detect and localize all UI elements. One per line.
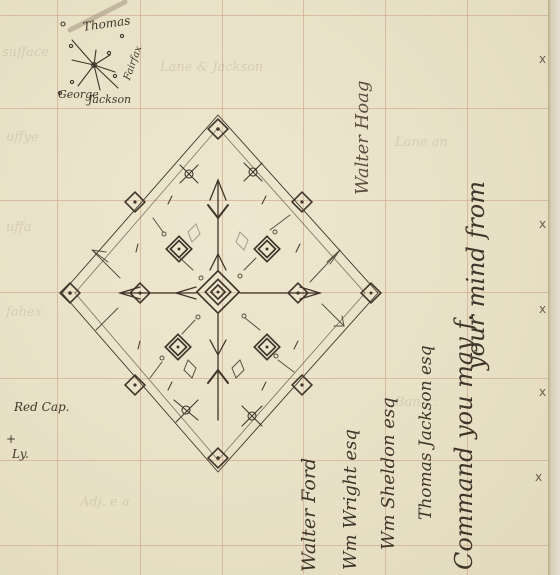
base-dots	[68, 127, 372, 460]
margin-x-mark: x	[539, 217, 546, 231]
text-your-mind-from: your mind from	[462, 181, 490, 370]
signature-walter-ford: Walter Ford	[298, 458, 320, 572]
note-plus: +	[6, 432, 16, 446]
margin-x-mark: x	[539, 385, 546, 399]
note-red-cap: Red Cap.	[14, 400, 69, 414]
note-ly: Ly.	[12, 447, 29, 461]
label-jackson: Jackson	[88, 93, 131, 106]
margin-x-mark: x	[539, 302, 546, 316]
center-axes	[120, 180, 320, 420]
signature-wm-wright: Wm Wright esq	[340, 429, 361, 570]
manuscript-page: sufface uffye uffa fohex Adj. e a Lane &…	[0, 0, 548, 575]
page-edge	[548, 0, 560, 575]
signature-walter-hoag: Walter Hoag	[352, 81, 373, 195]
signature-wm-sheldon: Wm Sheldon esq	[378, 397, 399, 550]
inner-squares	[165, 236, 279, 359]
diamond-outline	[62, 115, 378, 472]
base-squares	[60, 119, 381, 468]
margin-x-mark: x	[535, 470, 542, 484]
signature-thomas-jackson: Thomas Jackson esq	[416, 345, 436, 520]
margin-x-mark: x	[539, 52, 546, 66]
